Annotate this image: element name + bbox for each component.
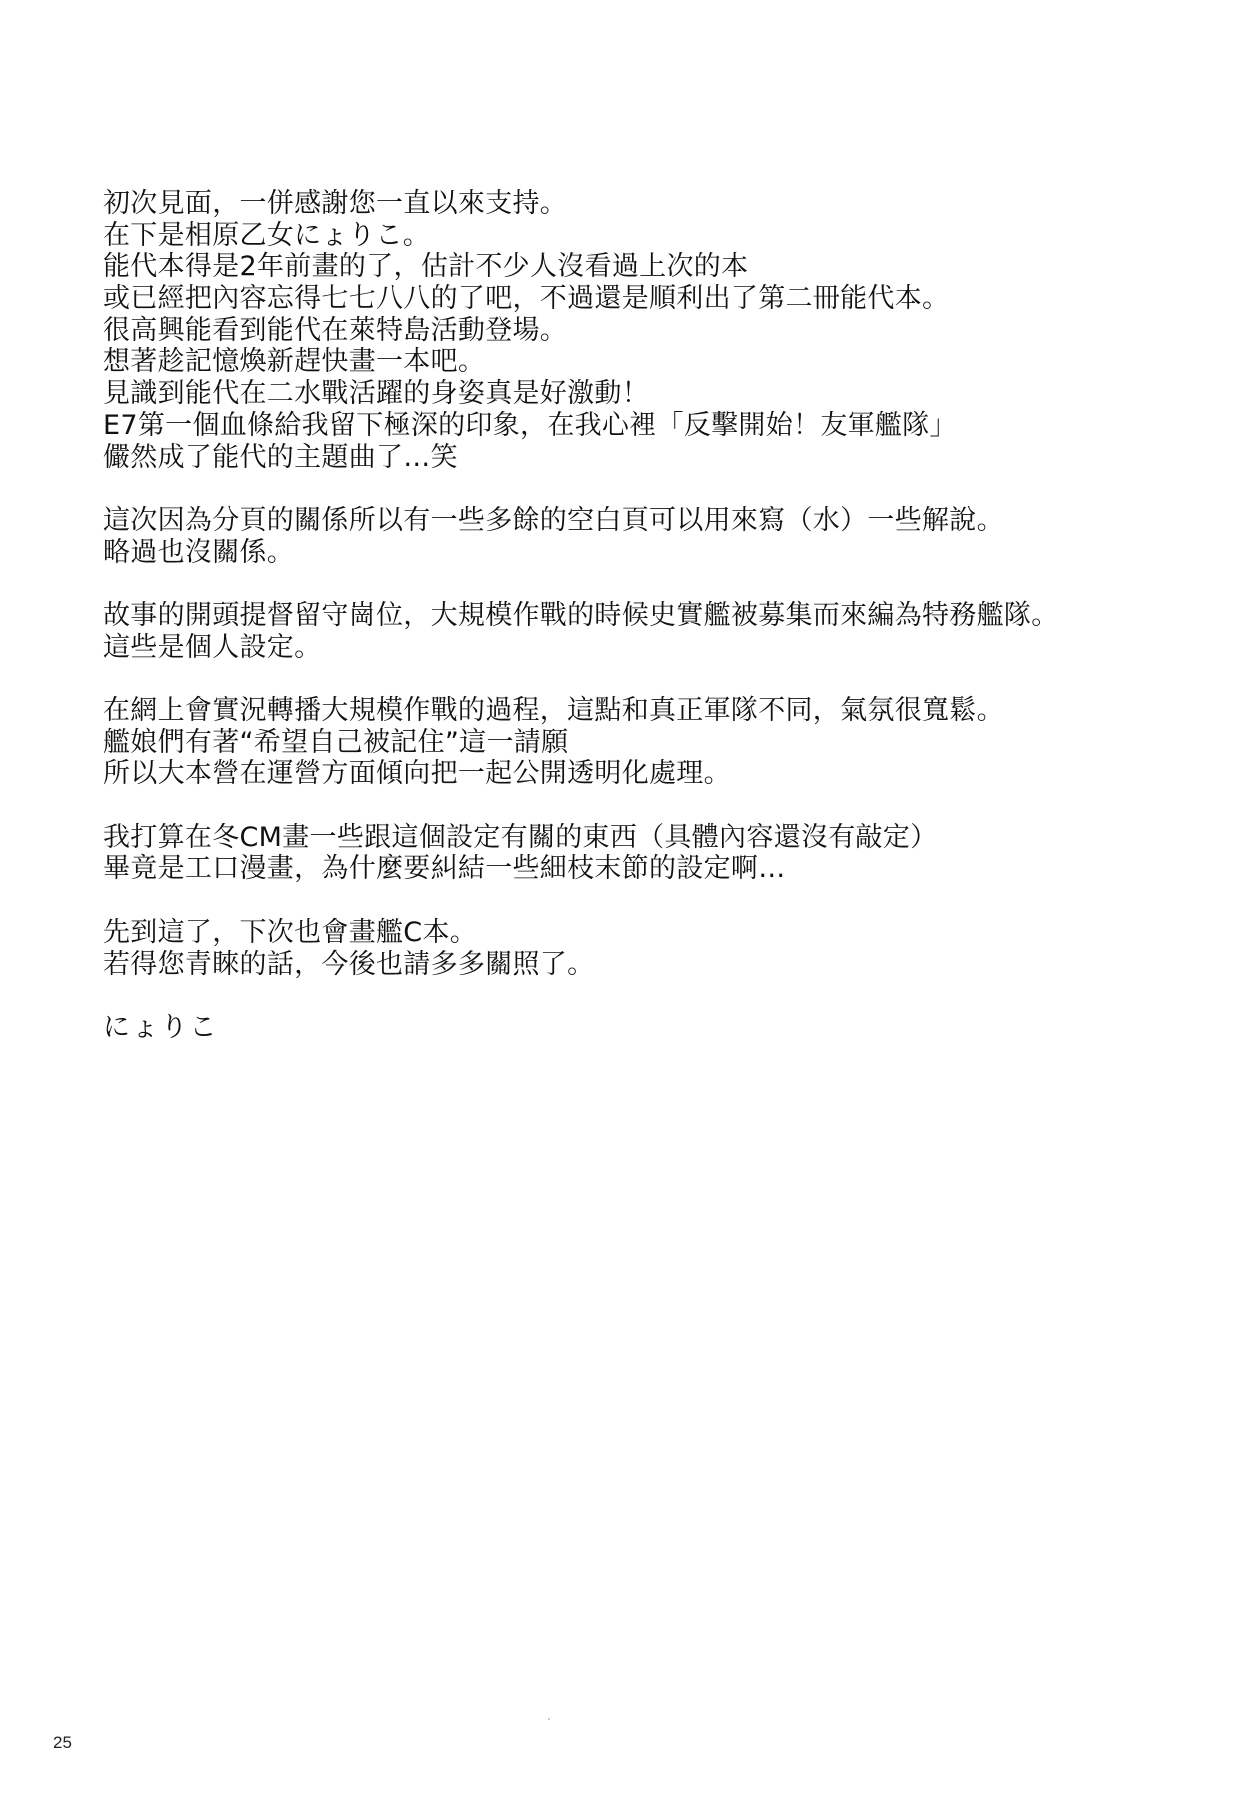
afterword-text: 初次見面，一併感謝您一直以來支持。 在下是相原乙女にょりこ。 能代本得是2年前畫… [103, 188, 1223, 1044]
text-line: 我打算在冬CM畫一些跟這個設定有關的東西（具體內容還沒有敲定） [103, 822, 1223, 854]
text-line: 在網上會實況轉播大規模作戰的過程，這點和真正軍隊不同，氣氛很寬鬆。 [103, 695, 1223, 727]
text-line: 先到這了，下次也會畫艦C本。 [103, 917, 1223, 949]
document-page: 初次見面，一併感謝您一直以來支持。 在下是相原乙女にょりこ。 能代本得是2年前畫… [0, 0, 1250, 1820]
text-line: 若得您青睞的話，今後也請多多關照了。 [103, 949, 1223, 981]
paragraph-blank-pages-note: 這次因為分頁的關係所以有一些多餘的空白頁可以用來寫（水）一些解說。 略過也沒關係… [103, 505, 1223, 568]
text-line: 初次見面，一併感謝您一直以來支持。 [103, 188, 1223, 220]
text-line: 略過也沒關係。 [103, 537, 1223, 569]
text-line: 能代本得是2年前畫的了，估計不少人沒看過上次的本 [103, 251, 1223, 283]
text-line: 見識到能代在二水戰活躍的身姿真是好激動！ [103, 378, 1223, 410]
text-line: 在下是相原乙女にょりこ。 [103, 220, 1223, 252]
text-line: E7第一個血條給我留下極深的印象，在我心裡「反擊開始！友軍艦隊」 [103, 410, 1223, 442]
text-line: 畢竟是工口漫畫，為什麼要糾結一些細枝末節的設定啊… [103, 853, 1223, 885]
paragraph-greeting: 初次見面，一併感謝您一直以來支持。 在下是相原乙女にょりこ。 能代本得是2年前畫… [103, 188, 1223, 473]
text-line: 這些是個人設定。 [103, 632, 1223, 664]
text-line: 故事的開頭提督留守崗位，大規模作戰的時候史實艦被募集而來編為特務艦隊。 [103, 600, 1223, 632]
text-line: 艦娘們有著“希望自己被記住”這一請願 [103, 727, 1223, 759]
text-line: 所以大本營在運營方面傾向把一起公開透明化處理。 [103, 758, 1223, 790]
print-speck [548, 1718, 550, 1720]
paragraph-broadcast-setting: 在網上會實況轉播大規模作戰的過程，這點和真正軍隊不同，氣氛很寬鬆。 艦娘們有著“… [103, 695, 1223, 790]
text-line: 很高興能看到能代在萊特島活動登場。 [103, 315, 1223, 347]
text-line: 想著趁記憶煥新趕快畫一本吧。 [103, 346, 1223, 378]
paragraph-future-plans: 我打算在冬CM畫一些跟這個設定有關的東西（具體內容還沒有敲定） 畢竟是工口漫畫，… [103, 822, 1223, 885]
text-line: 或已經把內容忘得七七八八的了吧，不過還是順利出了第二冊能代本。 [103, 283, 1223, 315]
author-signature: にょりこ [103, 1012, 1223, 1044]
text-line: 這次因為分頁的關係所以有一些多餘的空白頁可以用來寫（水）一些解說。 [103, 505, 1223, 537]
text-line: 儼然成了能代的主題曲了…笑 [103, 442, 1223, 474]
paragraph-story-setting: 故事的開頭提督留守崗位，大規模作戰的時候史實艦被募集而來編為特務艦隊。 這些是個… [103, 600, 1223, 663]
page-number: 25 [53, 1733, 72, 1753]
paragraph-closing: 先到這了，下次也會畫艦C本。 若得您青睞的話，今後也請多多關照了。 [103, 917, 1223, 980]
